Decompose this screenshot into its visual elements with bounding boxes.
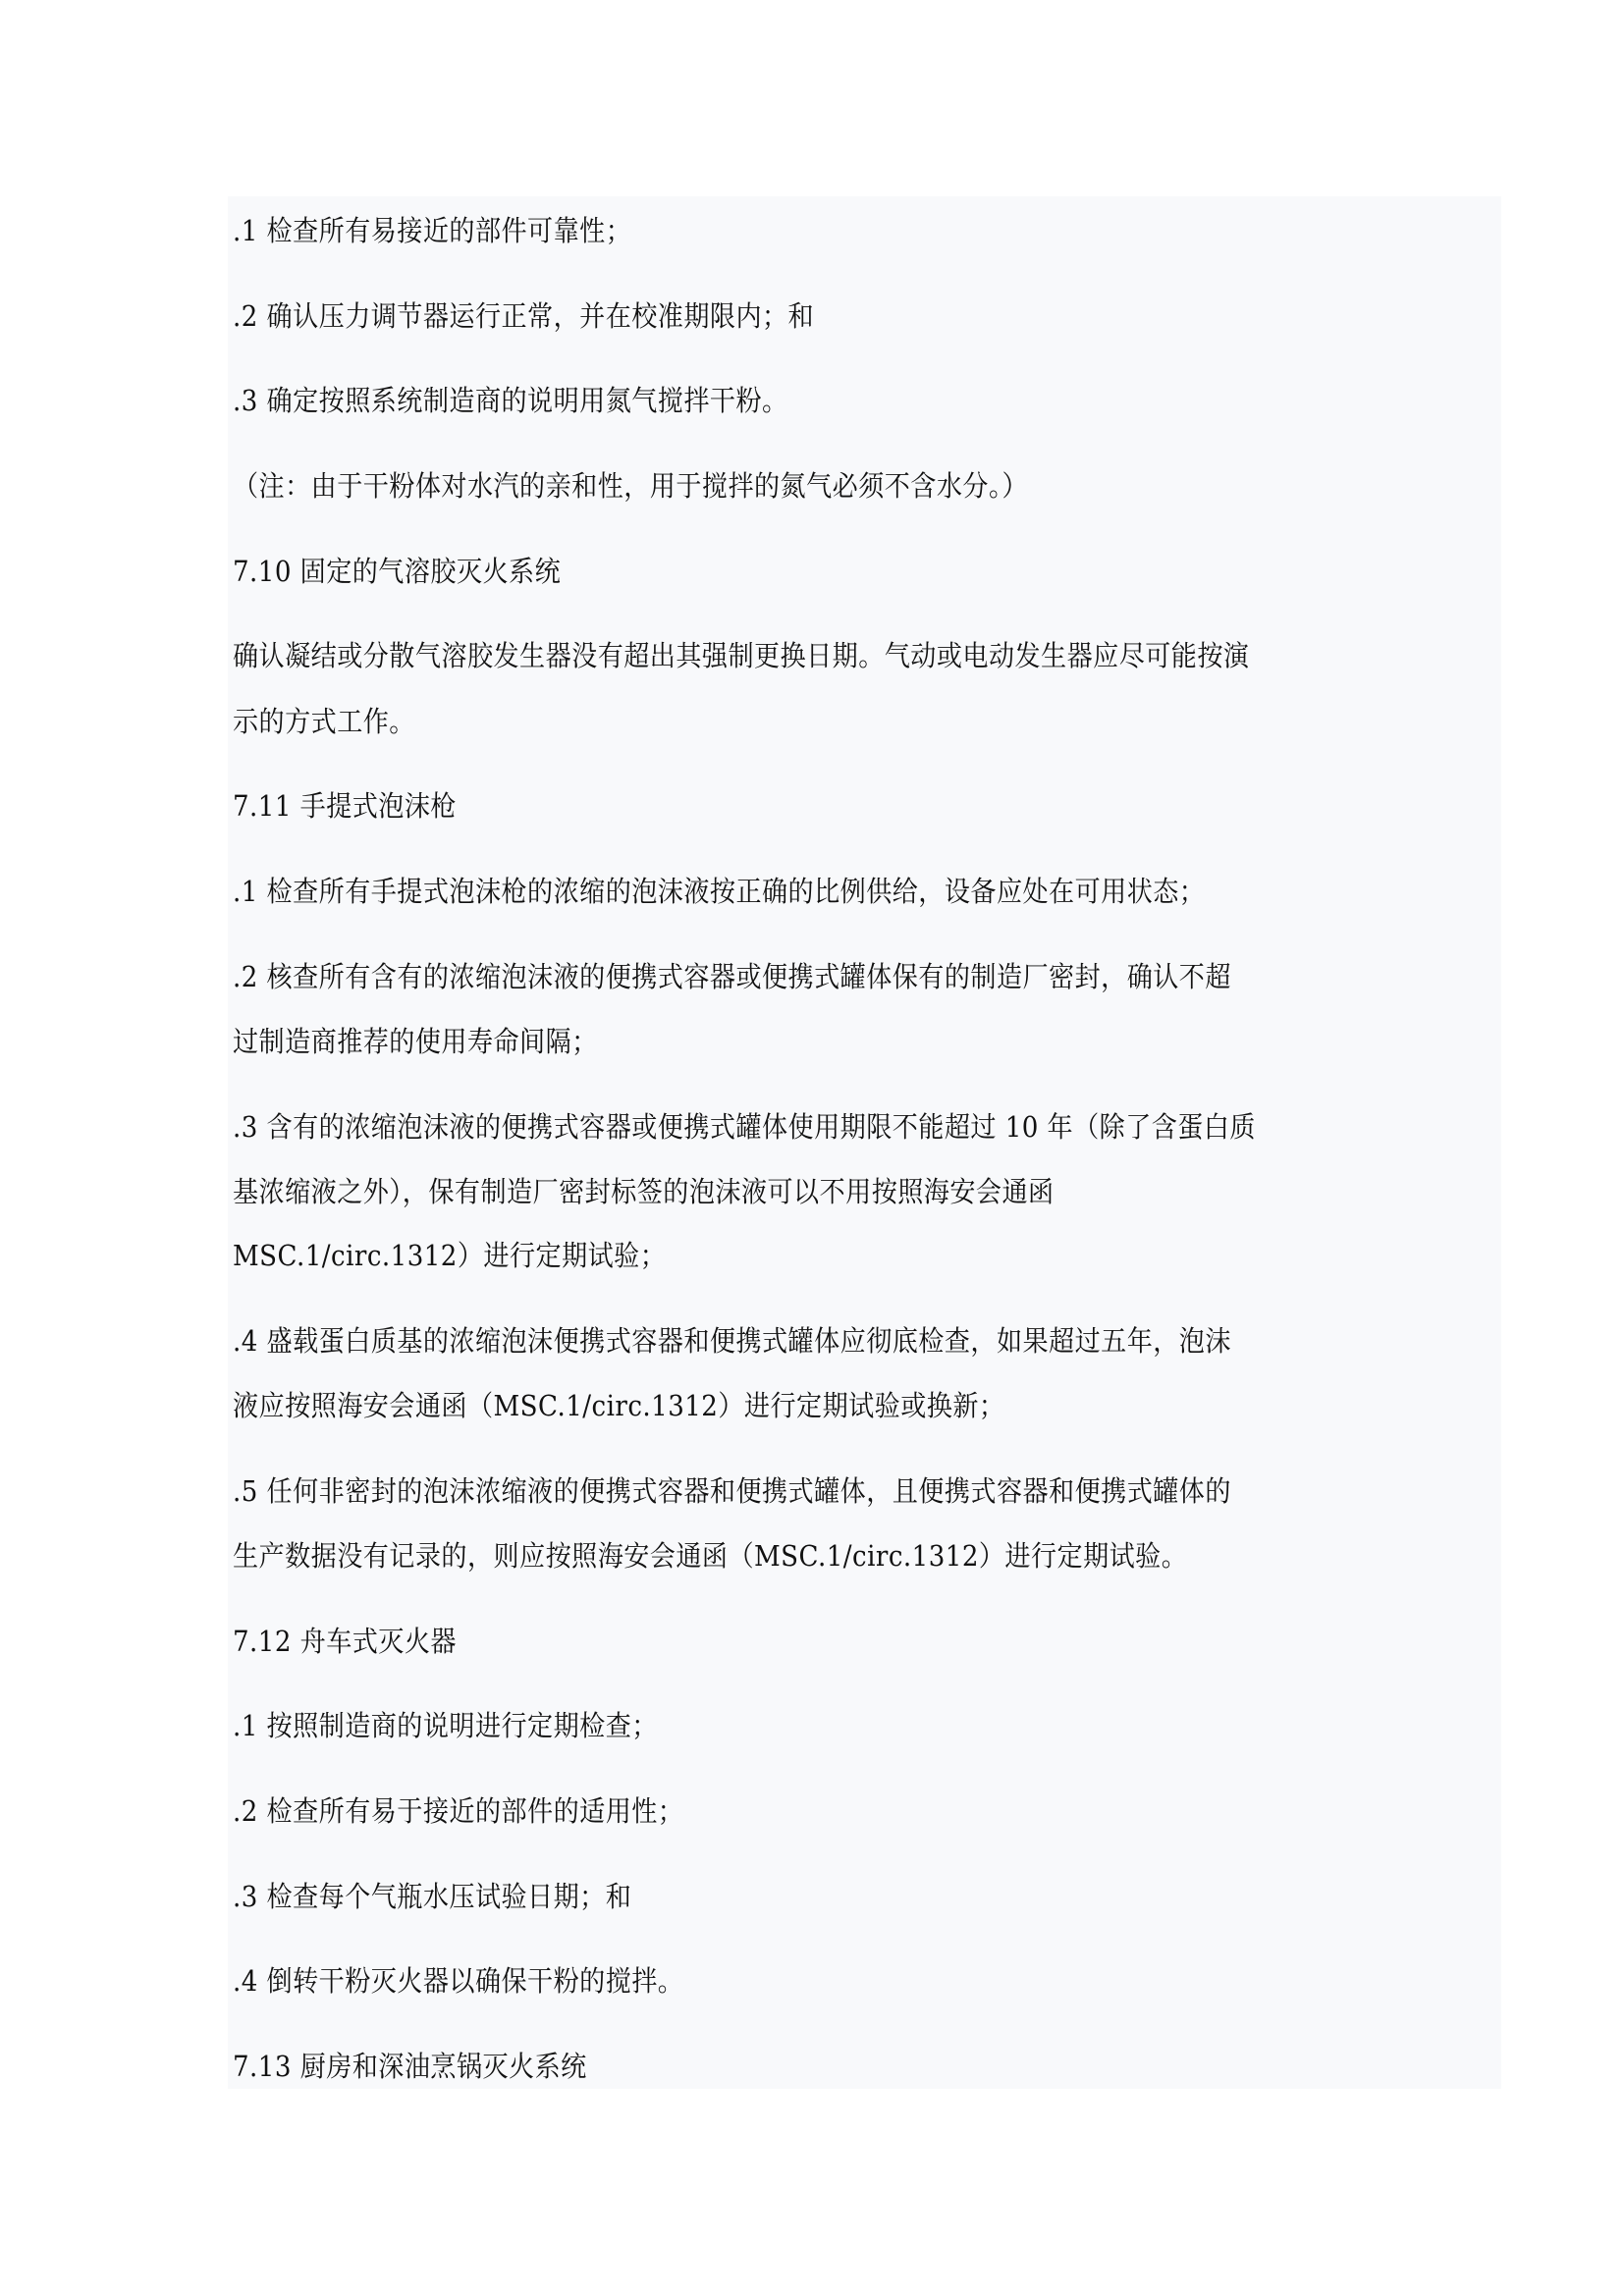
section-heading-7-12: 7.12 舟车式灭火器 xyxy=(233,1625,457,1658)
list-item-4-invert-extinguisher: .4 倒转干粉灭火器以确保干粉的搅拌。 xyxy=(233,1964,683,1998)
paragraph-aerosol-line-2: 示的方式工作。 xyxy=(233,705,415,738)
list-item-2-foam-seal-line-2: 过制造商推荐的使用寿命间隔； xyxy=(233,1025,598,1058)
list-item-3-hydrostatic-test-date: .3 检查每个气瓶水压试验日期；和 xyxy=(233,1880,631,1913)
section-heading-7-10: 7.10 固定的气溶胶灭火系统 xyxy=(233,555,561,588)
list-item-3-foam-lifetime-line-2: 基浓缩液之外），保有制造厂密封标签的泡沫液可以不用按照海安会通函 xyxy=(233,1175,1055,1208)
list-item-1-periodic-inspection: .1 按照制造商的说明进行定期检查； xyxy=(233,1709,658,1742)
list-item-4-protein-foam-line-1: .4 盛载蛋白质基的浓缩泡沫便携式容器和便携式罐体应彻底检查，如果超过五年，泡沫 xyxy=(233,1324,1231,1358)
list-item-3-foam-lifetime-line-1: .3 含有的浓缩泡沫液的便携式容器或便携式罐体使用期限不能超过 10 年（除了含… xyxy=(233,1110,1256,1144)
list-item-3-nitrogen-agitation: .3 确定按照系统制造商的说明用氮气搅拌干粉。 xyxy=(233,384,788,417)
list-item-5-unsealed-foam-line-1: .5 任何非密封的泡沫浓缩液的便携式容器和便携式罐体，且便携式容器和便携式罐体的 xyxy=(233,1474,1231,1508)
list-item-3-foam-lifetime-line-3: MSC.1/circ.1312）进行定期试验； xyxy=(233,1239,666,1272)
note-paragraph: （注：由于干粉体对水汽的亲和性，用于搅拌的氮气必须不含水分。） xyxy=(233,469,1028,503)
list-item-2-parts-suitability: .2 检查所有易于接近的部件的适用性； xyxy=(233,1794,683,1828)
paragraph-aerosol-line-1: 确认凝结或分散气溶胶发生器没有超出其强制更换日期。气动或电动发生器应尽可能按演 xyxy=(233,639,1249,672)
section-heading-7-11: 7.11 手提式泡沫枪 xyxy=(233,789,457,823)
list-item-5-unsealed-foam-line-2: 生产数据没有记录的，则应按照海安会通函（MSC.1/circ.1312）进行定期… xyxy=(233,1539,1187,1573)
list-item-2-foam-seal-line-1: .2 核查所有含有的浓缩泡沫液的便携式容器或便携式罐体保有的制造厂密封，确认不超 xyxy=(233,960,1231,993)
list-item-4-protein-foam-line-2: 液应按照海安会通函（MSC.1/circ.1312）进行定期试验或换新； xyxy=(233,1389,1004,1422)
list-item-1-foam-proportion: .1 检查所有手提式泡沫枪的浓缩的泡沫液按正确的比例供给，设备应处在可用状态； xyxy=(233,875,1205,908)
section-heading-7-13: 7.13 厨房和深油烹锅灭火系统 xyxy=(233,2050,587,2083)
list-item-2-pressure-regulator: .2 确认压力调节器运行正常，并在校准期限内；和 xyxy=(233,299,814,333)
list-item-1-accessible-parts: .1 检查所有易接近的部件可靠性； xyxy=(233,214,631,247)
